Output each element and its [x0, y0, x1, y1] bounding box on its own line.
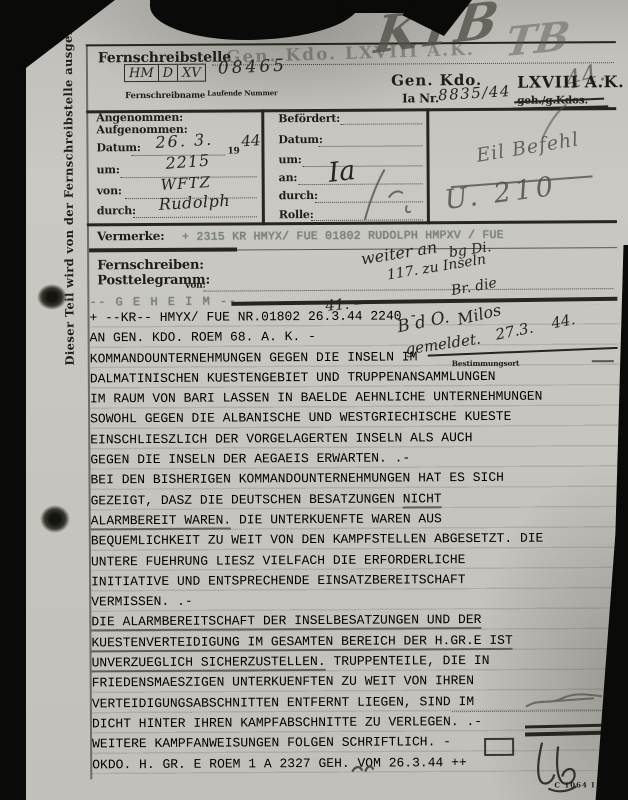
- underlined-text: NICHT: [403, 491, 442, 508]
- serial-caption: Laufende Nummer: [207, 88, 277, 97]
- typed-text: SOWOHL GEGEN DIE ALBANISCHE UND WESTGRIE…: [90, 409, 511, 427]
- punch-hole-bottom: [40, 505, 70, 533]
- fwd-um-label: um:: [278, 153, 301, 166]
- um-value: 2215: [165, 151, 211, 173]
- unit-stamp-ianr: Ia Nr.: [402, 91, 439, 105]
- name-cell: XV: [178, 65, 205, 81]
- pencil-stroke-top-right-box: [536, 102, 576, 142]
- typed-text: KOMMANDOUNTERNEHMUNGEN GEGEN DIE INSELN …: [90, 349, 418, 366]
- typed-text: VERMISSEN. .-: [91, 594, 193, 610]
- typed-text: FRIEDENSMAESZIGEN UNTERKUENFTEN ZU WEIT …: [92, 673, 474, 690]
- vermerke-value: + 2315 KR HMYX/ FUE 01802 RUDOLPH HMPXV …: [182, 229, 504, 244]
- typed-text: DALMATINISCHEN KUESTENGEBIET UND TRUPPEN…: [90, 369, 496, 386]
- name-caption: Fernschreibname: [125, 91, 205, 101]
- typed-text: OKDO. H. GR. E ROEM 1 A 2327 GEH. VOM 26…: [92, 755, 467, 772]
- pencil-scribble-forwarded: [351, 167, 421, 227]
- typed-text: VERTEIDIGUNGSABSCHNITTEN ENTFERNT LIEGEN…: [92, 694, 474, 711]
- priority-number: U. 210: [443, 171, 559, 216]
- year-prefix: 19: [227, 146, 239, 156]
- von-value: WFTZ: [160, 173, 211, 194]
- typed-text: DIE UNTERKUENFTE WAREN AUS: [231, 511, 442, 527]
- typed-text: GEGEN DIE INSELN DER AEGAEIS ERWARTEN. .…: [90, 450, 410, 467]
- fwd-datum-dotted: [318, 145, 422, 147]
- typed-text: BEQUEMLICHKEIT ZU WEIT VON DEN KAMPFSTEL…: [91, 531, 544, 549]
- unit-stamp-unit: LXVIII A.K.: [517, 72, 624, 92]
- typed-text: AN GEN. KDO. ROEM 68. A. K. -: [90, 329, 316, 345]
- typed-text: TRUPPENTEILE, DIE IN: [326, 653, 490, 669]
- typed-text: INITIATIVE UND ENTSPRECHENDE EINSATZBERE…: [91, 572, 466, 589]
- scanned-telegram-photo: Dieser Teil wird von der Fernschreibstel…: [0, 0, 628, 800]
- punch-hole-top: [37, 284, 67, 310]
- typed-text: UNTERE FUEHRUNG LIESZ VIELFACH DIE ERFOR…: [91, 552, 466, 569]
- unit-stamp-number: 8835/44: [438, 82, 512, 104]
- message-line: IM RAUM VON BARI LASSEN IN BAELDE AEHNLI…: [90, 385, 620, 409]
- von-label: von:: [97, 184, 122, 197]
- typed-text: IM RAUM VON BARI LASSEN IN BAELDE AEHNLI…: [90, 389, 543, 407]
- margin-note: Dieser Teil wird von der Fernschreibstel…: [61, 6, 77, 366]
- vermerke-label: Vermerke:: [97, 229, 164, 243]
- typed-text: GEZEIGT, DASZ DIE DEUTSCHEN BESATZUNGEN: [91, 491, 403, 508]
- underlined-text: ALARMBEREIT WAREN.: [91, 512, 232, 530]
- durch-label: durch:: [97, 204, 136, 217]
- typed-text: DICHT HINTER IHREN KAMPFABSCHNITTE ZU VE…: [92, 714, 482, 731]
- ktb-pencil-note-2: TB: [502, 12, 573, 66]
- drawn-box: [484, 738, 514, 756]
- von-dotted-long: [203, 288, 613, 292]
- befoerdert-label: Befördert:: [278, 112, 340, 125]
- typed-text: EINSCHLIESZLICH DER VORGELAGERTEN INSELN…: [90, 430, 472, 447]
- vermerke-heavy-line: [89, 247, 237, 252]
- boxes-divider-2: [426, 108, 429, 224]
- fwd-durch-label: durch:: [279, 189, 318, 202]
- name-cell: HM: [125, 65, 159, 81]
- underlined-text: KUESTENVERTEIDIGUNG IM GESAMTEN BEREICH …: [91, 633, 512, 653]
- underlined-text: DIE ALARMBEREITSCHAFT DER INSELBESATZUNG…: [91, 612, 481, 631]
- serial-number-value: 08465: [218, 56, 288, 79]
- telegram-form: Dieser Teil wird von der Fernschreibstel…: [0, 0, 628, 800]
- von-small-label: von:: [185, 281, 205, 291]
- rolle-label: Rolle:: [279, 208, 314, 221]
- message-line: BEQUEMLICHKEIT ZU WEIT VON DEN KAMPFSTEL…: [91, 527, 621, 551]
- durch-dotted: [133, 216, 257, 218]
- boxes-divider-1: [261, 109, 264, 225]
- year-value: 44: [241, 131, 261, 150]
- fernschreiben-label: Fernschreiben:: [97, 258, 204, 274]
- pencil-mark-after-okdo: [350, 762, 374, 776]
- um-label: um:: [97, 163, 120, 176]
- durch-value: Rudolph: [158, 191, 230, 214]
- typed-text: WEITERE KAMPFANWEISUNGEN FOLGEN SCHRIFTL…: [92, 734, 451, 751]
- fwd-an-label: an:: [279, 171, 298, 184]
- datum-label: Datum:: [96, 141, 140, 154]
- typed-text: + --KR-- HMYX/ FUE NR.01802 26.3.44 2240…: [89, 308, 417, 325]
- typed-text: BEI DEN BISHERIGEN KOMMANDOUNTERNEHMUNGE…: [90, 470, 504, 488]
- fwd-datum-label: Datum:: [278, 133, 322, 146]
- name-cell: D: [159, 65, 179, 81]
- befoerdert-dotted: [340, 123, 422, 125]
- ink-note-br-die: Br. die: [450, 275, 498, 299]
- underlined-text: UNVERZUEGLICH SICHERZUSTELLEN.: [92, 654, 326, 672]
- datum-value: 26. 3.: [155, 130, 214, 152]
- photo-edge-left: [0, 0, 26, 800]
- telegraph-name-cells: HM D XV: [124, 64, 206, 82]
